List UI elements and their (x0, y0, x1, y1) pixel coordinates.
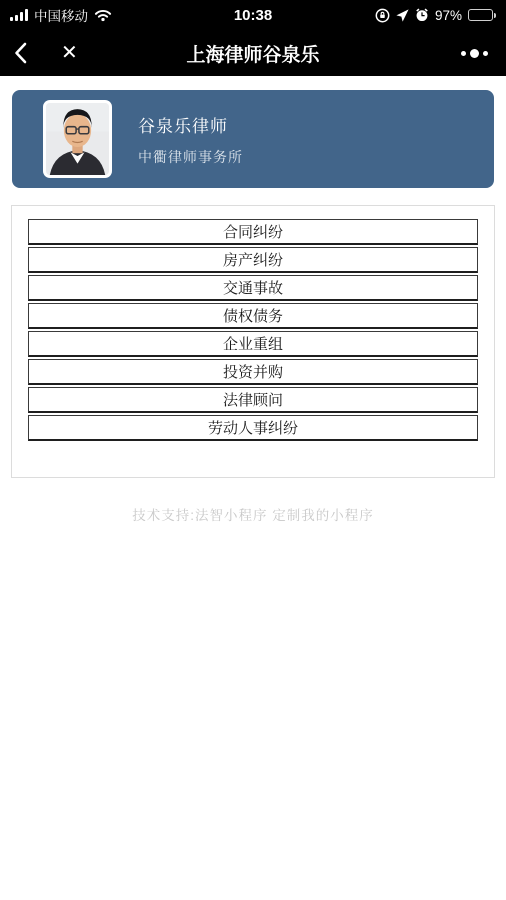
battery-percent-label: 97% (435, 8, 462, 23)
wifi-icon (94, 8, 112, 22)
carrier-label: 中国移动 (34, 5, 88, 25)
menu-item-investment-ma[interactable]: 投资并购 (28, 359, 478, 385)
location-arrow-icon (396, 9, 409, 22)
battery-icon (468, 9, 496, 21)
mini-program-nav-bar: ✕ 上海律师谷泉乐 (0, 30, 506, 76)
menu-item-labor-dispute[interactable]: 劳动人事纠纷 (28, 415, 478, 441)
orientation-lock-icon (375, 8, 390, 23)
alarm-clock-icon (415, 8, 429, 22)
status-bar: 中国移动 10:38 (0, 0, 506, 30)
menu-item-debt[interactable]: 债权债务 (28, 303, 478, 329)
back-button[interactable] (14, 42, 27, 64)
menu-item-legal-counsel[interactable]: 法律顾问 (28, 387, 478, 413)
more-menu-button[interactable] (461, 49, 488, 58)
practice-areas-panel: 合同纠纷 房产纠纷 交通事故 债权债务 企业重组 投资并购 法律顾问 劳动人事纠… (11, 205, 495, 478)
menu-item-real-estate-dispute[interactable]: 房产纠纷 (28, 247, 478, 273)
law-firm-name: 中衢律师事务所 (138, 147, 243, 167)
menu-item-traffic-accident[interactable]: 交通事故 (28, 275, 478, 301)
menu-item-contract-dispute[interactable]: 合同纠纷 (28, 219, 478, 245)
lawyer-profile-card: 谷泉乐律师 中衢律师事务所 (12, 90, 494, 188)
lawyer-name: 谷泉乐律师 (138, 112, 243, 137)
close-button[interactable]: ✕ (61, 43, 78, 63)
menu-item-corporate-restructuring[interactable]: 企业重组 (28, 331, 478, 357)
back-chevron-icon (14, 42, 27, 64)
signal-strength-icon (10, 9, 28, 21)
tech-support-footer: 技术支持:法智小程序 定制我的小程序 (0, 504, 506, 524)
lawyer-photo (43, 100, 112, 178)
